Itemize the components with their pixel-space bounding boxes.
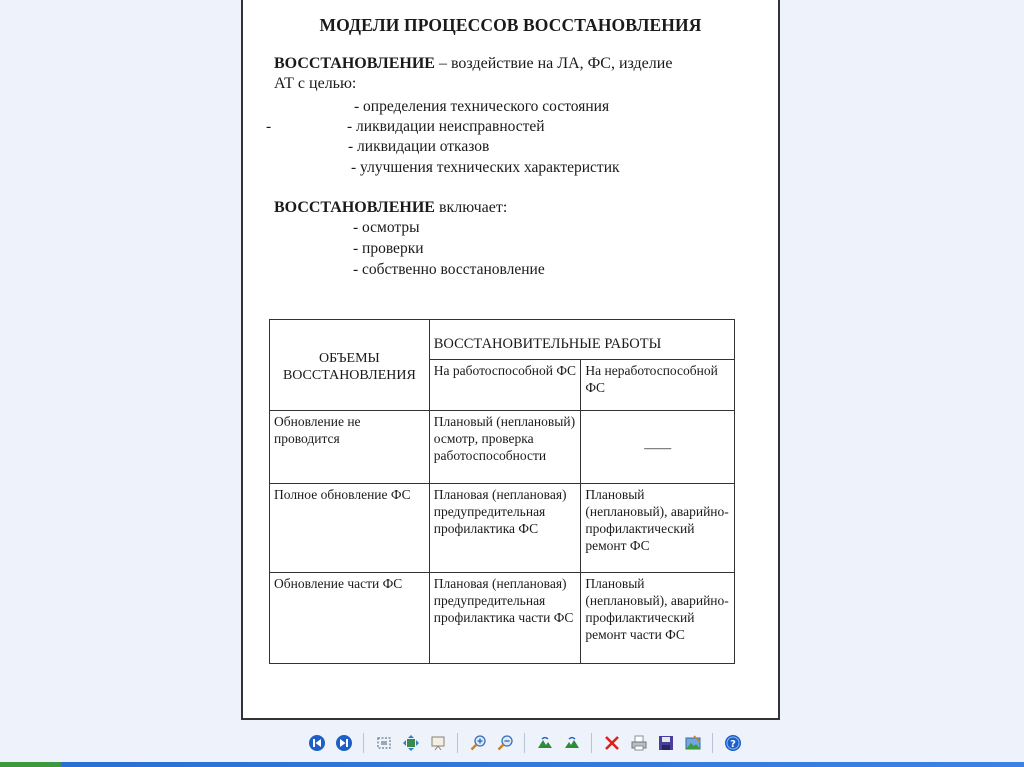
toolbar-separator bbox=[524, 733, 525, 753]
cell-inoperable: Плановый (неплановый), аварийно-профилак… bbox=[581, 484, 735, 573]
edit-image-icon bbox=[684, 734, 702, 752]
viewer-toolbar: ? bbox=[305, 730, 744, 756]
restoration-table: ОБЪЕМЫ ВОССТАНОВЛЕНИЯ ВОССТАНОВИТЕЛЬНЫЕ … bbox=[269, 319, 735, 664]
previous-image-button[interactable] bbox=[305, 732, 328, 755]
cell-inoperable: Плановый (неплановый), аварийно-профилак… bbox=[581, 573, 735, 664]
definition-item: - ликвидации неисправностей bbox=[347, 117, 545, 137]
cell-operable: Плановая (неплановая) предупредительная … bbox=[429, 573, 581, 664]
toolbar-separator bbox=[457, 733, 458, 753]
includes-item: - собственно восстановление bbox=[353, 260, 545, 280]
help-button[interactable]: ? bbox=[721, 732, 744, 755]
rotate-counterclockwise-button[interactable] bbox=[560, 732, 583, 755]
rotate-clockwise-icon bbox=[536, 734, 554, 752]
previous-icon bbox=[308, 734, 326, 752]
zoom-in-icon bbox=[469, 734, 487, 752]
help-icon: ? bbox=[724, 734, 742, 752]
image-viewer: МОДЕЛИ ПРОЦЕССОВ ВОССТАНОВЛЕНИЯ ВОССТАНО… bbox=[0, 0, 1024, 767]
toolbar-separator bbox=[363, 733, 364, 753]
document-page: МОДЕЛИ ПРОЦЕССОВ ВОССТАНОВЛЕНИЯ ВОССТАНО… bbox=[241, 0, 780, 720]
slideshow-button[interactable] bbox=[426, 732, 449, 755]
delete-button[interactable] bbox=[600, 732, 623, 755]
includes-item: - осмотры bbox=[353, 218, 420, 238]
print-button[interactable] bbox=[627, 732, 650, 755]
actual-size-button[interactable] bbox=[372, 732, 395, 755]
definition-item: - ликвидации отказов bbox=[348, 137, 489, 157]
zoom-out-icon bbox=[496, 734, 514, 752]
actual-size-icon bbox=[375, 734, 393, 752]
subheader-inoperable: На неработоспособной ФС bbox=[581, 360, 735, 411]
table-row: Полное обновление ФС Плановая (непланова… bbox=[270, 484, 735, 573]
rotate-counterclockwise-icon bbox=[563, 734, 581, 752]
cell-operable: Плановая (неплановая) предупредительная … bbox=[429, 484, 581, 573]
cell-scope: Обновление не проводится bbox=[270, 411, 430, 484]
toolbar-separator bbox=[591, 733, 592, 753]
subheader-operable: На работоспособной ФС bbox=[429, 360, 581, 411]
taskbar bbox=[0, 762, 1024, 767]
toolbar-separator bbox=[712, 733, 713, 753]
definition-text: – воздействие на ЛА, ФС, изделие bbox=[435, 55, 672, 72]
cell-scope: Полное обновление ФС bbox=[270, 484, 430, 573]
includes-item: - проверки bbox=[353, 239, 424, 259]
zoom-out-button[interactable] bbox=[493, 732, 516, 755]
svg-text:?: ? bbox=[730, 739, 736, 750]
save-button[interactable] bbox=[654, 732, 677, 755]
includes-text: включает: bbox=[435, 199, 507, 216]
delete-icon bbox=[603, 734, 621, 752]
cell-scope: Обновление части ФС bbox=[270, 573, 430, 664]
best-fit-icon bbox=[402, 734, 420, 752]
header-works: ВОССТАНОВИТЕЛЬНЫЕ РАБОТЫ bbox=[429, 320, 734, 360]
definition-text-line2: АТ с целью: bbox=[274, 75, 356, 92]
print-icon bbox=[630, 734, 648, 752]
header-scope: ОБЪЕМЫ ВОССТАНОВЛЕНИЯ bbox=[270, 320, 430, 411]
table-row: Обновление не проводится Плановый (непла… bbox=[270, 411, 735, 484]
definition-term: ВОССТАНОВЛЕНИЕ bbox=[274, 55, 435, 72]
zoom-in-button[interactable] bbox=[466, 732, 489, 755]
best-fit-button[interactable] bbox=[399, 732, 422, 755]
edit-button[interactable] bbox=[681, 732, 704, 755]
definition-item: - определения технического состояния bbox=[354, 97, 609, 117]
includes-paragraph: ВОССТАНОВЛЕНИЕ включает: bbox=[274, 198, 507, 218]
table-header-row: ОБЪЕМЫ ВОССТАНОВЛЕНИЯ ВОССТАНОВИТЕЛЬНЫЕ … bbox=[270, 320, 735, 360]
next-image-button[interactable] bbox=[332, 732, 355, 755]
table-row: Обновление части ФС Плановая (неплановая… bbox=[270, 573, 735, 664]
slideshow-icon bbox=[429, 734, 447, 752]
stray-dash: - bbox=[266, 117, 271, 137]
page-title: МОДЕЛИ ПРОЦЕССОВ ВОССТАНОВЛЕНИЯ bbox=[243, 15, 778, 36]
definition-item: - улучшения технических характеристик bbox=[351, 158, 620, 178]
cell-inoperable: —— bbox=[581, 411, 735, 484]
rotate-clockwise-button[interactable] bbox=[533, 732, 556, 755]
next-icon bbox=[335, 734, 353, 752]
includes-term: ВОССТАНОВЛЕНИЕ bbox=[274, 199, 435, 216]
cell-operable: Плановый (неплановый) осмотр, проверка р… bbox=[429, 411, 581, 484]
definition-paragraph: ВОССТАНОВЛЕНИЕ – воздействие на ЛА, ФС, … bbox=[274, 54, 672, 94]
save-icon bbox=[657, 734, 675, 752]
